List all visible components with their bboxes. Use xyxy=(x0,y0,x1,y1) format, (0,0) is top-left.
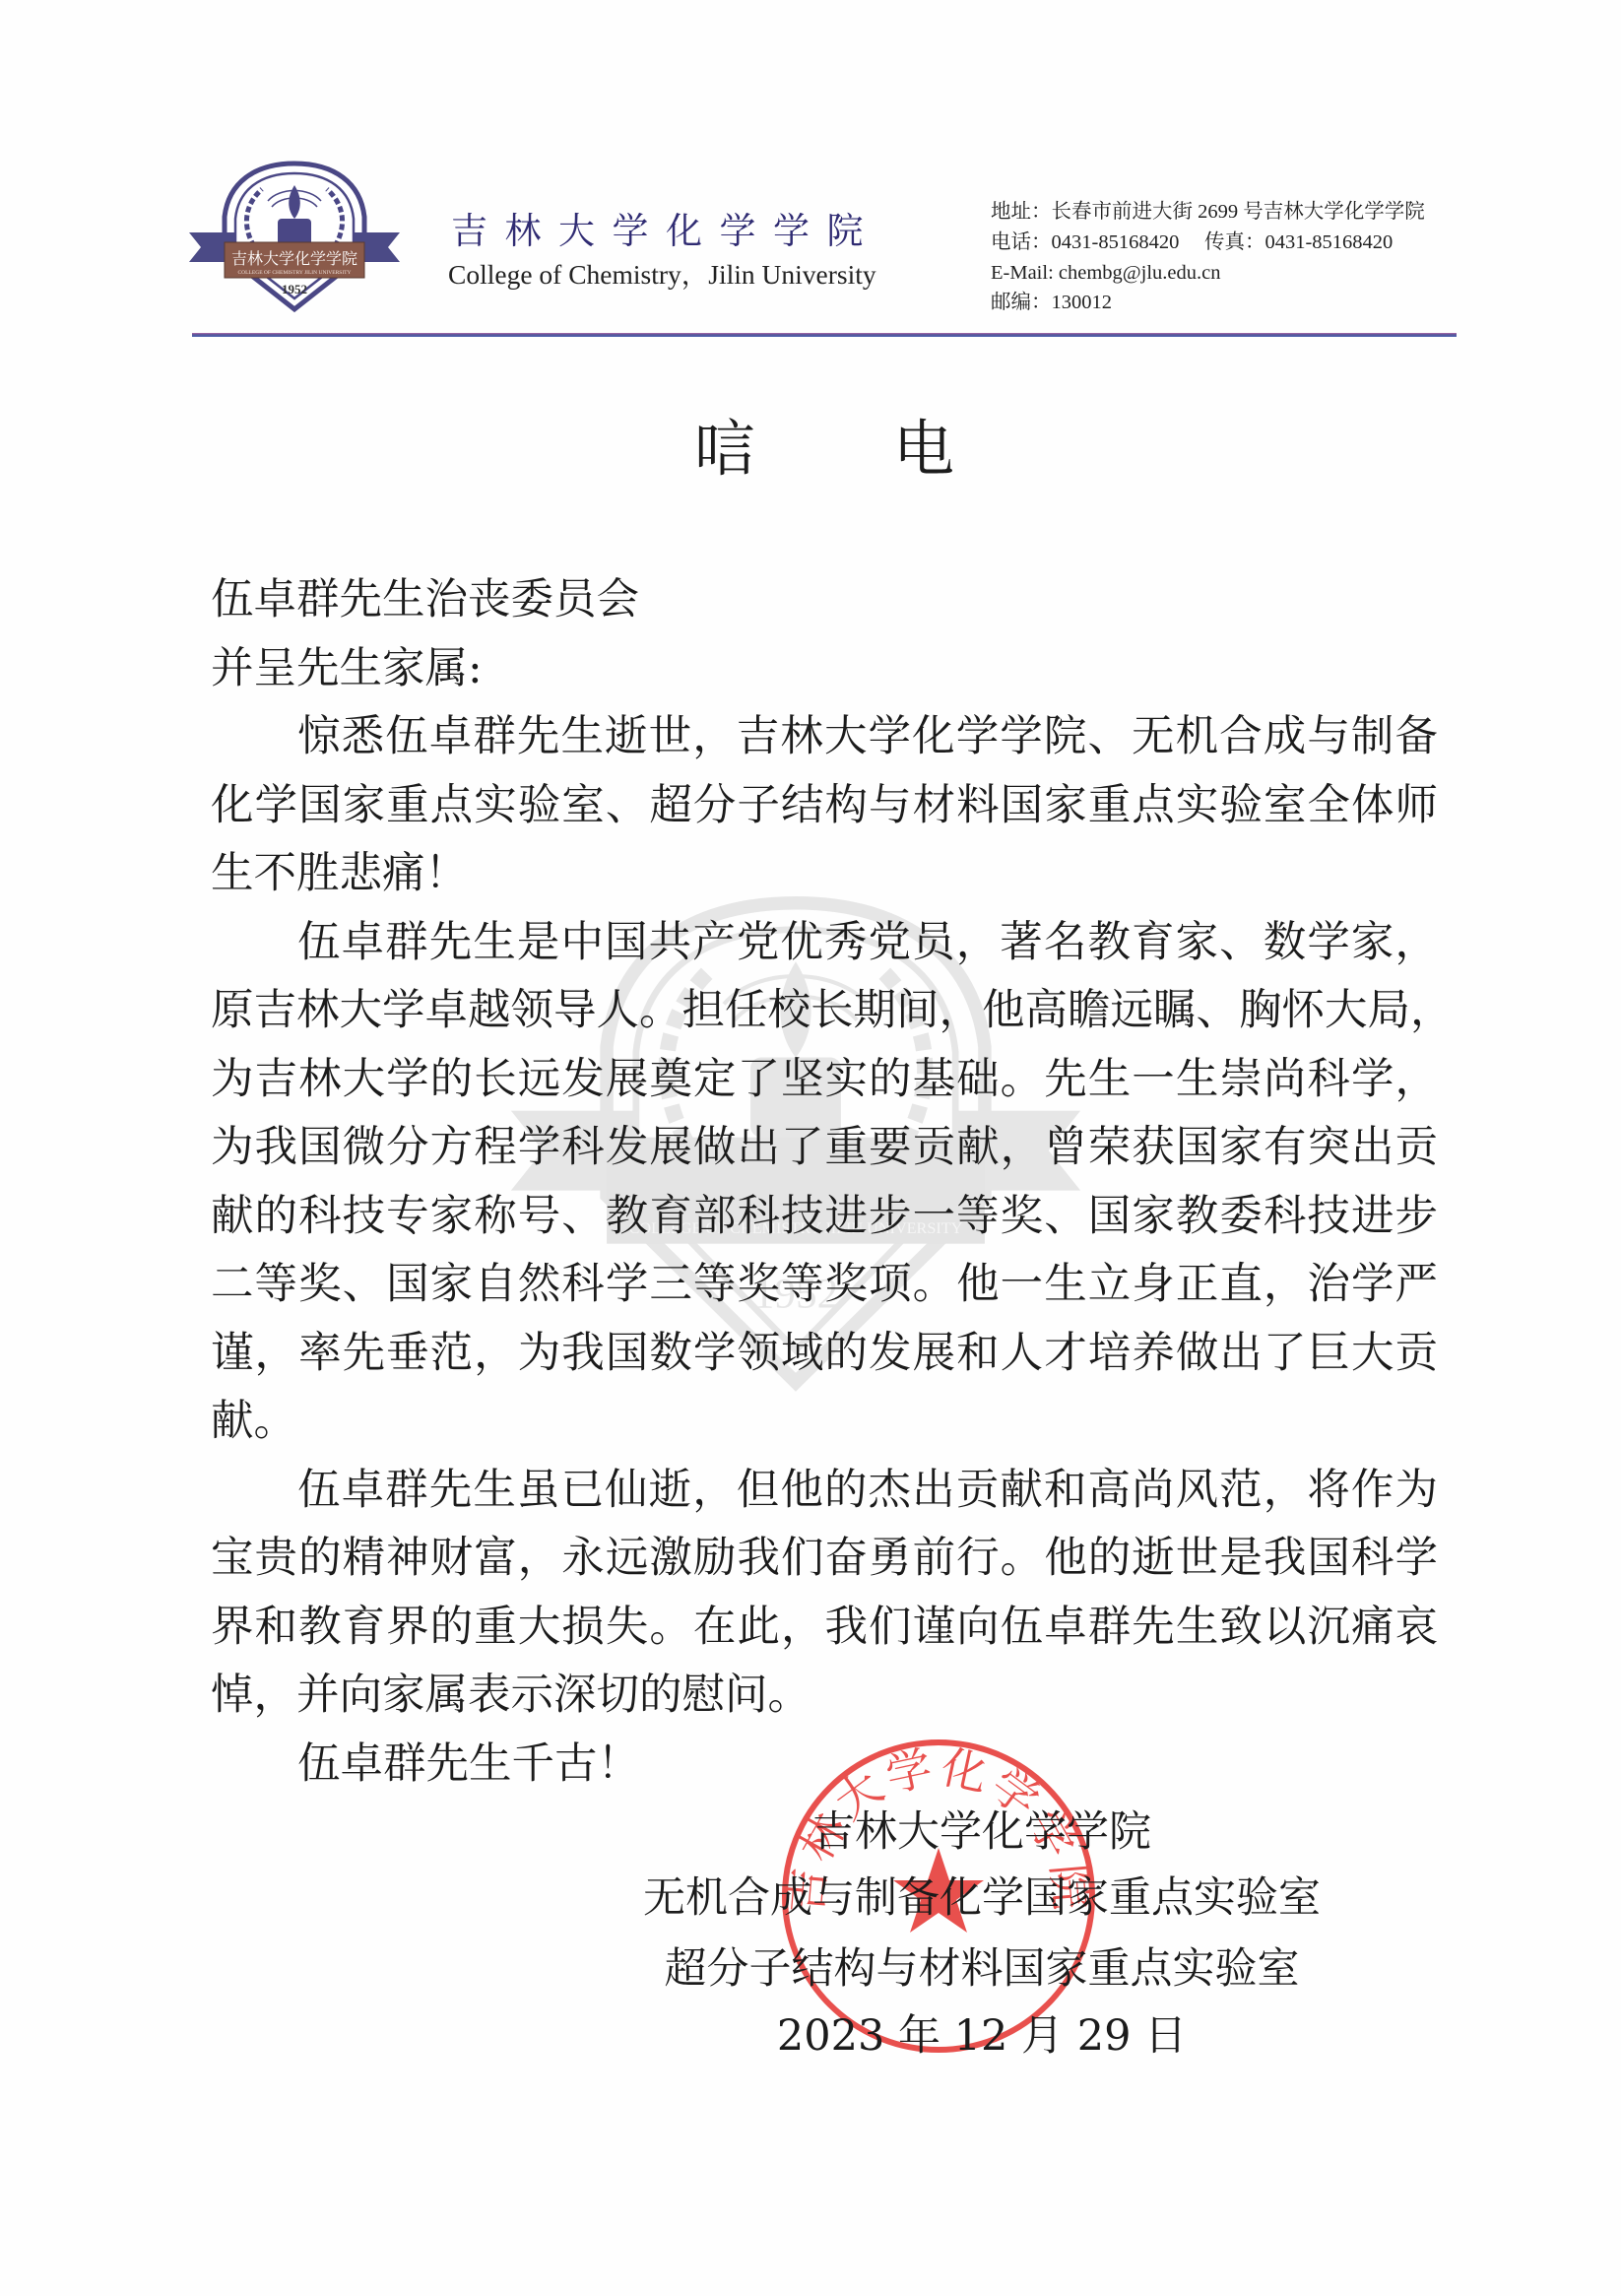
title-char-telegram: 电 xyxy=(893,412,954,487)
paragraph-2-line: 原吉林大学卓越领导人。担任校长期间，他高瞻远瞩、胸怀大局， xyxy=(211,977,1438,1046)
paragraph-3-line: 悼，并向家属表示深切的慰问。 xyxy=(211,1662,1438,1731)
contact-address: 地址：长春市前进大街 2699 号吉林大学化学学院 xyxy=(991,199,1425,225)
paragraph-2-line: 二等奖、国家自然科学三等奖等奖项。他一生立身正直，治学严 xyxy=(211,1251,1438,1320)
signature-org-college: 吉林大学化学学院 xyxy=(588,1805,1376,1859)
contact-postcode: 邮编：130012 xyxy=(991,290,1112,315)
paragraph-1-line: 生不胜悲痛！ xyxy=(211,840,1438,909)
paragraph-3-line: 界和教育界的重大损失。在此，我们谨向伍卓群先生致以沉痛哀 xyxy=(211,1594,1438,1663)
svg-text:COLLEGE OF CHEMISTRY JILIN UNI: COLLEGE OF CHEMISTRY JILIN UNIVERSITY xyxy=(238,270,352,276)
svg-text:吉林大学化学学院: 吉林大学化学学院 xyxy=(231,249,357,268)
paragraph-1-line: 化学国家重点实验室、超分子结构与材料国家重点实验室全体师 xyxy=(211,772,1438,841)
salutation-line: 伍卓群先生治丧委员会 xyxy=(211,566,1438,635)
paragraph-2-line: 献。 xyxy=(211,1388,1438,1457)
salutation-line: 并呈先生家属: xyxy=(211,635,1438,704)
paragraph-2-line: 为吉林大学的长远发展奠定了坚实的基础。先生一生崇尚科学， xyxy=(211,1046,1438,1115)
signature-org-inorganic-lab: 无机合成与制备化学国家重点实验室 xyxy=(588,1871,1376,1925)
contact-email: E-Mail: chembg@jlu.edu.cn xyxy=(991,260,1221,286)
college-name-chinese: 吉林大学化学学院 xyxy=(451,209,880,254)
condolence-letter-page: 吉林大学化学学院 COLLEGE OF CHEMISTRY JILIN UNIV… xyxy=(0,0,1621,2296)
signature-org-supramolecular-lab: 超分子结构与材料国家重点实验室 xyxy=(588,1942,1376,1996)
letter-body: 伍卓群先生治丧委员会 并呈先生家属: 惊悉伍卓群先生逝世，吉林大学化学学院、无机… xyxy=(211,566,1438,1799)
paragraph-3-line: 伍卓群先生虽已仙逝，但他的杰出贡献和高尚风范，将作为 xyxy=(211,1457,1438,1526)
svg-text:1952: 1952 xyxy=(282,282,307,296)
paragraph-2-line: 谨，率先垂范，为我国数学领域的发展和人才培养做出了巨大贡 xyxy=(211,1320,1438,1389)
college-emblem-icon: 吉林大学化学学院 COLLEGE OF CHEMISTRY JILIN UNIV… xyxy=(185,158,404,315)
signature-date: 2023 年 12 月 29 日 xyxy=(588,2009,1376,2063)
contact-phone-fax: 电话：0431-85168420 传真：0431-85168420 xyxy=(991,230,1393,255)
paragraph-2-line: 献的科技专家称号、教育部科技进步一等奖、国家教委科技进步 xyxy=(211,1183,1438,1252)
college-name-english: College of Chemistry，Jilin University xyxy=(448,258,876,292)
paragraph-2-line: 伍卓群先生是中国共产党优秀党员，著名教育家、数学家， xyxy=(211,909,1438,978)
paragraph-2-line: 为我国微分方程学科发展做出了重要贡献，曾荣获国家有突出贡 xyxy=(211,1114,1438,1183)
title-char-condolence: 唁 xyxy=(694,412,755,487)
paragraph-1-line: 惊悉伍卓群先生逝世，吉林大学化学学院、无机合成与制备 xyxy=(211,703,1438,772)
letterhead-divider xyxy=(192,333,1457,337)
paragraph-3-line: 宝贵的精神财富，永远激励我们奋勇前行。他的逝世是我国科学 xyxy=(211,1525,1438,1594)
